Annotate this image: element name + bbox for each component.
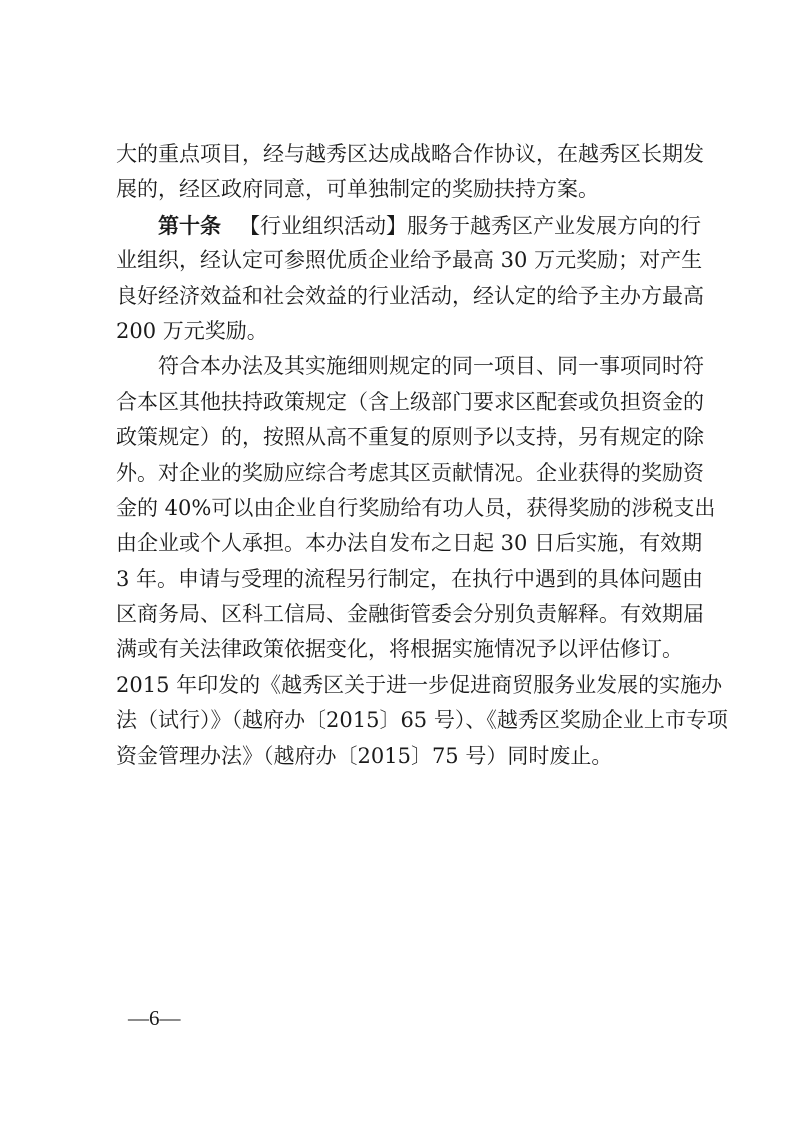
text-line-6: 200 万元奖励。 — [116, 314, 682, 349]
text-line-8: 合本区其他扶持政策规定（含上级部门要求区配套或负担资金的 — [116, 385, 682, 420]
text-line-18: 资金管理办法》（越府办〔2015〕75 号）同时废止。 — [116, 739, 682, 774]
text-line-12: 由企业或个人承担。本办法自发布之日起 30 日后实施，有效期 — [116, 526, 682, 561]
article-label: 第十条 — [158, 213, 221, 238]
text-line-2: 展的，经区政府同意，可单独制定的奖励扶持方案。 — [116, 172, 682, 207]
text-line-4: 业组织，经认定可参照优质企业给予最高 30 万元奖励；对产生 — [116, 243, 682, 278]
document-body: 大的重点项目，经与越秀区达成战略合作协议，在越秀区长期发 展的，经区政府同意，可… — [116, 137, 682, 774]
article-10-title: 【行业组织活动】服务于越秀区产业发展方向的行 — [239, 214, 701, 238]
page-number: —6— — [128, 1006, 181, 1031]
text-line-15: 满或有关法律政策依据变化，将根据实施情况予以评估修订。 — [116, 632, 682, 667]
text-line-11: 金的 40%可以由企业自行奖励给有功人员，获得奖励的涉税支出 — [116, 491, 682, 526]
text-line-9: 政策规定）的，按照从高不重复的原则予以支持，另有规定的除 — [116, 420, 682, 455]
article-10-heading-line: 第十条【行业组织活动】服务于越秀区产业发展方向的行 — [116, 208, 682, 243]
text-line-1: 大的重点项目，经与越秀区达成战略合作协议，在越秀区长期发 — [116, 137, 682, 172]
text-line-13: 3 年。申请与受理的流程另行制定，在执行中遇到的具体问题由 — [116, 562, 682, 597]
text-line-7: 符合本办法及其实施细则规定的同一项目、同一事项同时符 — [116, 349, 682, 384]
document-page: 大的重点项目，经与越秀区达成战略合作协议，在越秀区长期发 展的，经区政府同意，可… — [0, 0, 800, 1124]
text-line-16: 2015 年印发的《越秀区关于进一步促进商贸服务业发展的实施办 — [116, 668, 682, 703]
text-line-14: 区商务局、区科工信局、金融街管委会分别负责解释。有效期届 — [116, 597, 682, 632]
text-line-17: 法（试行）》（越府办〔2015〕65 号）、《越秀区奖励企业上市专项 — [116, 703, 682, 738]
text-line-5: 良好经济效益和社会效益的行业活动，经认定的给予主办方最高 — [116, 279, 682, 314]
text-line-10: 外。对企业的奖励应综合考虑其区贡献情况。企业获得的奖励资 — [116, 456, 682, 491]
